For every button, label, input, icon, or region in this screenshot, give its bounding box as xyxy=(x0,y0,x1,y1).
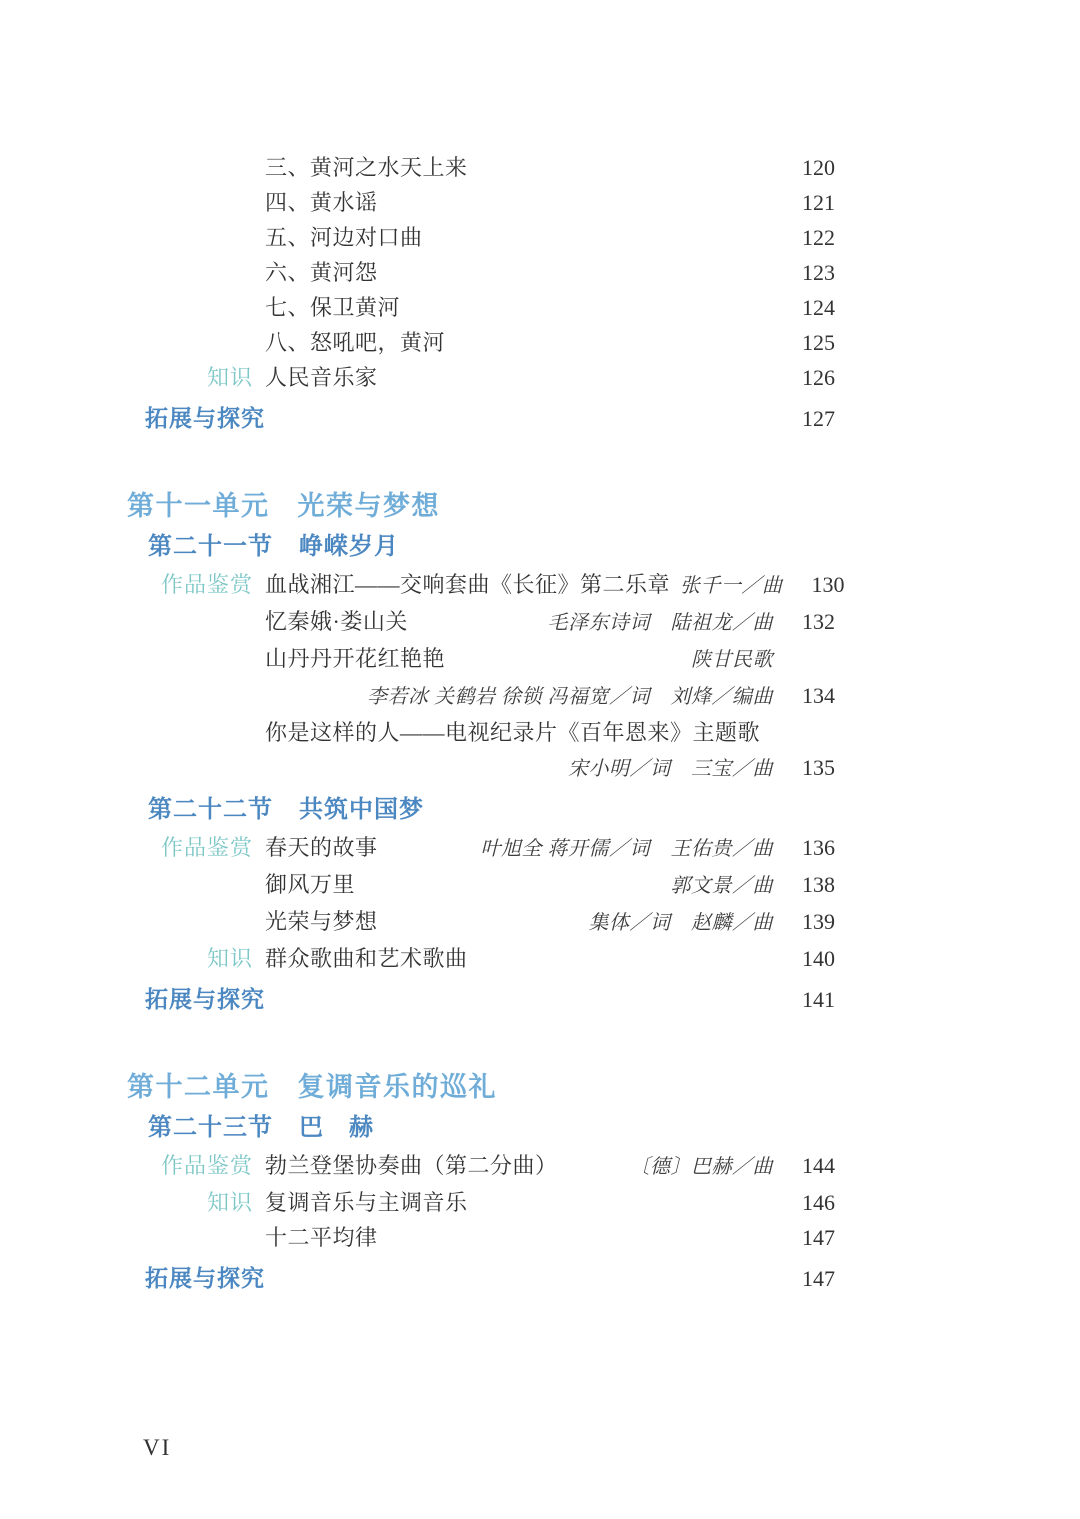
expand-explore-label: 拓展与探究 xyxy=(145,982,265,1017)
section-name: 巴 赫 xyxy=(299,1114,374,1141)
section-number: 第二十二节 xyxy=(148,796,273,823)
entry-credits: 李若冰 关鹤岩 徐锁 冯福宽／词 刘烽／编曲 xyxy=(367,680,773,715)
toc-row: 知识人民音乐家126 xyxy=(127,360,835,395)
entry-page-number: 124 xyxy=(791,290,835,325)
toc-row: 作品鉴赏春天的故事叶旭全 蒋开儒／词 王佑贵／曲136 xyxy=(127,830,835,867)
section-heading: 第二十三节巴 赫 xyxy=(148,1110,835,1145)
entry-credits: 宋小明／词 三宝／曲 xyxy=(568,752,773,787)
expand-explore-label: 拓展与探究 xyxy=(145,1261,265,1296)
expand-explore-row: 拓展与探究127 xyxy=(127,401,835,436)
entry-title: 三、黄河之水天上来 xyxy=(265,150,468,185)
entry-title: 七、保卫黄河 xyxy=(265,290,400,325)
entry-title: 群众歌曲和艺术歌曲 xyxy=(265,941,468,976)
toc-row: 作品鉴赏血战湘江——交响套曲《长征》第二乐章张千一／曲130 xyxy=(127,567,835,604)
entry-page-number: 125 xyxy=(791,325,835,360)
unit-heading: 第十一单元光荣与梦想 xyxy=(127,488,835,524)
toc-row-continuation: 李若冰 关鹤岩 徐锁 冯福宽／词 刘烽／编曲134 xyxy=(127,678,835,715)
toc-row: 知识群众歌曲和艺术歌曲140 xyxy=(127,941,835,976)
category-label: 知识 xyxy=(127,941,253,976)
entry-page-number: 147 xyxy=(791,1261,835,1296)
unit-number: 第十一单元 xyxy=(127,491,270,521)
toc-row: 御风万里郭文景／曲138 xyxy=(127,867,835,904)
toc-list: 三、黄河之水天上来120四、黄水谣121五、河边对口曲122六、黄河怨123七、… xyxy=(127,150,835,1296)
entry-credits: 郭文景／曲 xyxy=(671,869,774,904)
toc-row: 十二平均律147 xyxy=(127,1220,835,1255)
entry-page-number: 136 xyxy=(791,830,835,865)
entry-page-number: 144 xyxy=(791,1148,835,1183)
toc-row: 山丹丹开花红艳艳陕甘民歌 xyxy=(127,641,835,678)
entry-title: 血战湘江——交响套曲《长征》第二乐章 xyxy=(265,567,670,602)
entry-title: 四、黄水谣 xyxy=(265,185,378,220)
toc-row: 六、黄河怨123 xyxy=(127,255,835,290)
page-number-footer: VI xyxy=(143,1435,171,1461)
entry-title: 春天的故事 xyxy=(265,830,378,865)
entry-title: 勃兰登堡协奏曲（第二分曲） xyxy=(265,1148,558,1183)
entry-title: 御风万里 xyxy=(265,867,355,902)
entry-credits: 集体／词 赵麟／曲 xyxy=(589,906,774,941)
entry-title: 人民音乐家 xyxy=(265,360,378,395)
entry-page-number: 146 xyxy=(791,1185,835,1220)
unit-name: 光荣与梦想 xyxy=(298,491,441,521)
category-label: 知识 xyxy=(127,1185,253,1220)
unit-heading: 第十二单元复调音乐的巡礼 xyxy=(127,1069,835,1105)
entry-page-number: 132 xyxy=(791,604,835,639)
toc-row: 忆秦娥·娄山关毛泽东诗词 陆祖龙／曲132 xyxy=(127,604,835,641)
category-label: 作品鉴赏 xyxy=(127,1148,253,1183)
entry-credits: 毛泽东诗词 陆祖龙／曲 xyxy=(548,606,774,641)
section-number: 第二十一节 xyxy=(148,533,273,560)
toc-page: 三、黄河之水天上来120四、黄水谣121五、河边对口曲122六、黄河怨123七、… xyxy=(0,0,1080,1519)
toc-row: 五、河边对口曲122 xyxy=(127,220,835,255)
entry-page-number: 122 xyxy=(791,220,835,255)
section-number: 第二十三节 xyxy=(148,1114,273,1141)
entry-page-number: 127 xyxy=(791,401,835,436)
toc-row: 四、黄水谣121 xyxy=(127,185,835,220)
toc-row: 你是这样的人——电视纪录片《百年恩来》主题歌 xyxy=(127,715,835,750)
expand-explore-row: 拓展与探究141 xyxy=(127,982,835,1017)
entry-page-number: 135 xyxy=(791,750,835,785)
toc-row: 七、保卫黄河124 xyxy=(127,290,835,325)
toc-row: 三、黄河之水天上来120 xyxy=(127,150,835,185)
section-name: 共筑中国梦 xyxy=(299,796,424,823)
expand-explore-label: 拓展与探究 xyxy=(145,401,265,436)
entry-title: 五、河边对口曲 xyxy=(265,220,423,255)
section-heading: 第二十一节峥嵘岁月 xyxy=(148,529,835,564)
entry-title: 六、黄河怨 xyxy=(265,255,378,290)
entry-page-number: 134 xyxy=(791,678,835,713)
entry-title: 你是这样的人——电视纪录片《百年恩来》主题歌 xyxy=(265,715,760,750)
section-heading: 第二十二节共筑中国梦 xyxy=(148,792,835,827)
entry-credits: 〔德〕巴赫／曲 xyxy=(630,1150,774,1185)
entry-title: 八、怒吼吧，黄河 xyxy=(265,325,445,360)
entry-page-number: 147 xyxy=(791,1220,835,1255)
entry-title: 十二平均律 xyxy=(265,1220,378,1255)
entry-page-number: 141 xyxy=(791,982,835,1017)
entry-page-number: 138 xyxy=(791,867,835,902)
entry-page-number: 139 xyxy=(791,904,835,939)
expand-explore-row: 拓展与探究147 xyxy=(127,1261,835,1296)
entry-title: 山丹丹开花红艳艳 xyxy=(265,641,445,676)
category-label: 作品鉴赏 xyxy=(127,567,253,602)
entry-credits: 张千一／曲 xyxy=(680,569,783,604)
toc-row: 作品鉴赏勃兰登堡协奏曲（第二分曲）〔德〕巴赫／曲144 xyxy=(127,1148,835,1185)
unit-number: 第十二单元 xyxy=(127,1072,270,1102)
entry-credits: 陕甘民歌 xyxy=(691,643,773,678)
entry-title: 复调音乐与主调音乐 xyxy=(265,1185,468,1220)
toc-row: 八、怒吼吧，黄河125 xyxy=(127,325,835,360)
entry-title: 忆秦娥·娄山关 xyxy=(265,604,408,639)
toc-row-continuation: 宋小明／词 三宝／曲135 xyxy=(127,750,835,787)
entry-credits: 叶旭全 蒋开儒／词 王佑贵／曲 xyxy=(481,832,774,867)
entry-title: 光荣与梦想 xyxy=(265,904,378,939)
category-label: 作品鉴赏 xyxy=(127,830,253,865)
entry-page-number: 121 xyxy=(791,185,835,220)
unit-name: 复调音乐的巡礼 xyxy=(298,1072,498,1102)
entry-page-number: 123 xyxy=(791,255,835,290)
toc-row: 光荣与梦想集体／词 赵麟／曲139 xyxy=(127,904,835,941)
entry-page-number: 130 xyxy=(801,567,845,602)
entry-page-number: 126 xyxy=(791,360,835,395)
toc-row: 知识复调音乐与主调音乐146 xyxy=(127,1185,835,1220)
entry-page-number: 140 xyxy=(791,941,835,976)
entry-page-number: 120 xyxy=(791,150,835,185)
category-label: 知识 xyxy=(127,360,253,395)
section-name: 峥嵘岁月 xyxy=(299,533,399,560)
